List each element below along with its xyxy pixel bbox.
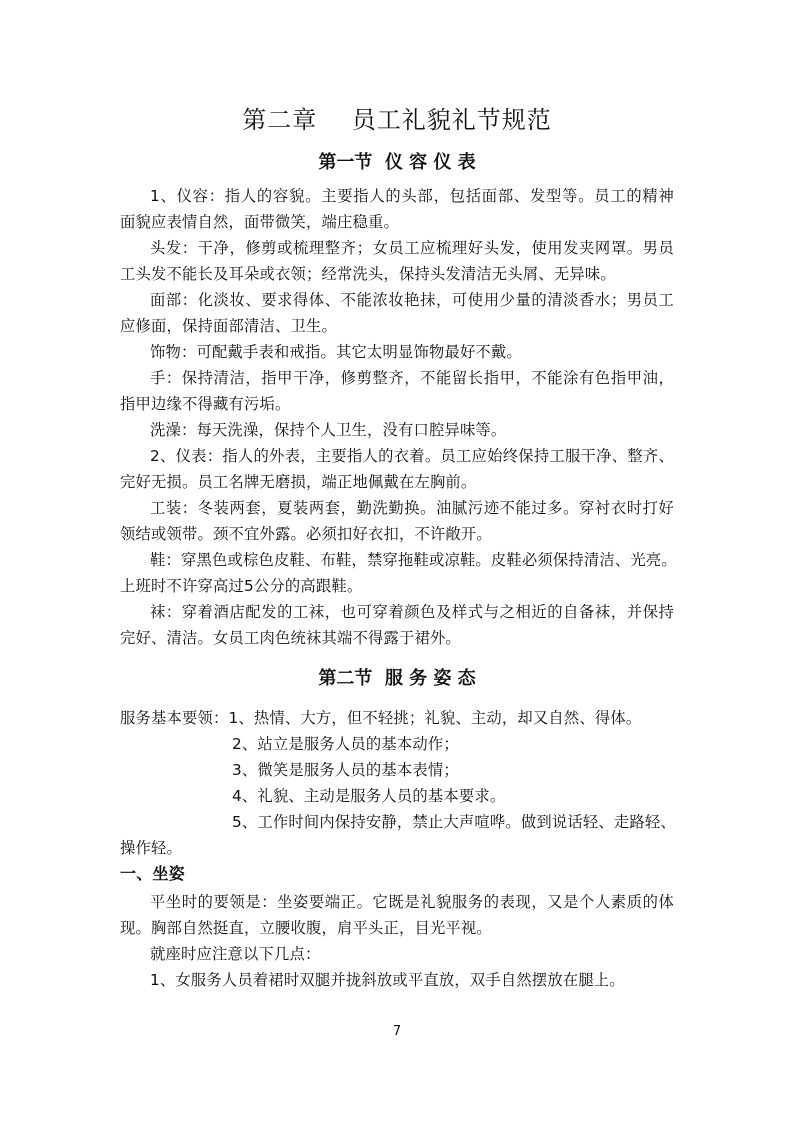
paragraph-line: 操作轻。 [120, 838, 182, 858]
paragraph-line: 头发：干净，修剪或梳理整齐；女员工应梳理好头发，使用发夹网罩。男员 [150, 238, 674, 258]
list-item: 5、工作时间内保持安静，禁止大声喧哗。做到说话轻、走路轻、 [232, 812, 674, 832]
paragraph-line: 应修面，保持面部清洁、卫生。 [120, 316, 337, 336]
paragraph-line: 现。胸部自然挺直，立腰收腹，肩平头正，目光平视。 [120, 918, 492, 938]
page-number: 7 [120, 1024, 674, 1039]
section-title-2: 第二节 服 务 姿 态 [120, 664, 674, 690]
paragraph-line: 完好、清洁。女员工肉色统袜其端不得露于裙外。 [120, 628, 461, 648]
paragraph-line: 就座时应注意以下几点： [150, 944, 320, 964]
paragraph-line: 鞋：穿黑色或棕色皮鞋、布鞋，禁穿拖鞋或凉鞋。皮鞋必须保持清洁、光亮。 [150, 550, 674, 570]
paragraph-line: 手：保持清洁，指甲干净，修剪整齐，不能留长指甲，不能涂有色指甲油， [150, 368, 674, 388]
paragraph-line: 1、仪容：指人的容貌。主要指人的头部，包括面部、发型等。员工的精神 [150, 186, 674, 206]
paragraph-line: 2、仪表：指人的外表，主要指人的衣着。员工应始终保持工服干净、整齐、 [150, 446, 674, 466]
paragraph-line: 面貌应表情自然，面带微笑，端庄稳重。 [120, 212, 399, 232]
paragraph-line: 面部：化淡妆、要求得体、不能浓妆艳抹，可使用少量的清淡香水；男员工 [150, 290, 674, 310]
paragraph-line: 袜：穿着酒店配发的工袜，也可穿着颜色及样式与之相近的自备袜，并保持 [150, 602, 674, 622]
paragraph-line: 平坐时的要领是：坐姿要端正。它既是礼貌服务的表现，又是个人素质的体 [150, 892, 674, 912]
paragraph-line: 工装：冬装两套，夏装两套，勤洗勤换。油腻污迹不能过多。穿衬衣时打好 [150, 498, 674, 518]
paragraph-line: 完好无损。员工名牌无磨损，端正地佩戴在左胸前。 [120, 472, 476, 492]
list-item: 3、微笑是服务人员的基本表情； [232, 760, 459, 780]
paragraph-line: 领结或领带。颈不宜外露。必须扣好衣扣，不许敞开。 [120, 524, 492, 544]
paragraph-line: 上班时不许穿高过5公分的高跟鞋。 [120, 576, 362, 596]
section-title-1: 第一节 仪 容 仪 表 [120, 148, 674, 174]
paragraph-line: 饰物：可配戴手表和戒指。其它太明显饰物最好不戴。 [150, 342, 522, 362]
paragraph-line: 指甲边缘不得藏有污垢。 [120, 394, 290, 414]
subsection-heading: 一、坐姿 [120, 864, 185, 884]
list-item: 2、站立是服务人员的基本动作； [232, 734, 459, 754]
list-item: 4、礼貌、主动是服务人员的基本要求。 [232, 786, 505, 806]
chapter-title: 第二章 员工礼貌礼节规范 [120, 100, 674, 135]
paragraph-line: 洗澡：每天洗澡，保持个人卫生，没有口腔异味等。 [150, 420, 506, 440]
paragraph-line: 服务基本要领：1、热情、大方，但不轻挑；礼貌、主动，却又自然、得体。 [120, 708, 641, 728]
paragraph-line: 工头发不能长及耳朵或衣领；经常洗头，保持头发清洁无头屑、无异味。 [120, 264, 616, 284]
paragraph-line: 1、女服务人员着裙时双腿并拢斜放或平直放，双手自然摆放在腿上。 [150, 970, 625, 990]
